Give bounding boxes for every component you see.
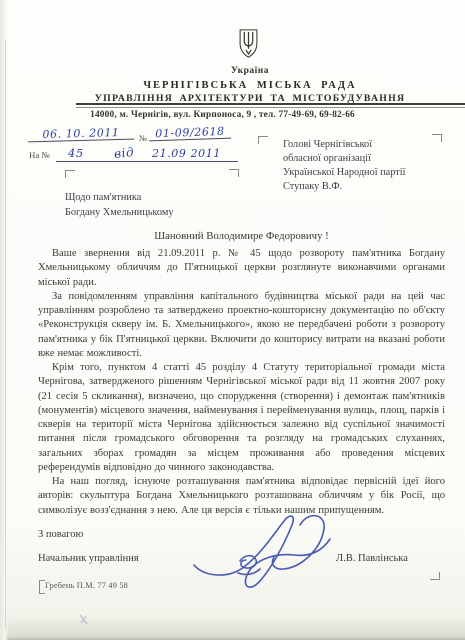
letterhead-address: 14000, м. Чернігів, вул. Кирпоноса, 9 , … bbox=[0, 110, 445, 120]
corner-mark bbox=[258, 136, 268, 144]
reply-to-label: На № bbox=[29, 150, 50, 160]
signer-position: Начальник управління bbox=[38, 553, 139, 564]
closing-regards: З повагою bbox=[38, 529, 83, 540]
corner-mark bbox=[430, 572, 440, 580]
corner-mark bbox=[229, 169, 239, 177]
reply-from-word-handwritten: від bbox=[113, 145, 135, 161]
subject-line: Щодо пам'ятника bbox=[65, 191, 174, 206]
recipient-line: обласної організації bbox=[283, 152, 405, 166]
outgoing-number-handwritten: 01-09/2618 bbox=[149, 125, 231, 142]
scanned-letter-page: Україна ЧЕРНІГІВСЬКА МІСЬКА РАДА УПРАВЛІ… bbox=[0, 0, 465, 640]
subject-block: Щодо пам'ятника Богдану Хмельницькому bbox=[65, 191, 174, 220]
reply-date-handwritten: 21.09 2011 bbox=[152, 147, 221, 160]
pen-mark bbox=[79, 614, 88, 625]
outgoing-date-handwritten: 06. 10. 2011 bbox=[28, 126, 134, 143]
letterhead-organization: ЧЕРНІГІВСЬКА МІСЬКА РАДА bbox=[35, 80, 465, 91]
ukraine-trident-emblem bbox=[238, 27, 259, 60]
recipient-block: Голові Чернігівської обласної організаці… bbox=[283, 138, 405, 194]
reply-reference-field: 45 від 21.09 2011 bbox=[56, 144, 238, 162]
recipient-line: Української Народної партії bbox=[283, 166, 405, 180]
corner-mark bbox=[65, 170, 75, 178]
reply-number-handwritten: 45 bbox=[68, 146, 84, 160]
letterhead-country: Україна bbox=[35, 66, 465, 76]
body-paragraph: Крім того, пунктом 4 статті 45 розділу 4… bbox=[38, 361, 445, 475]
corner-mark bbox=[432, 134, 442, 142]
letterhead-rule bbox=[76, 103, 465, 108]
handwritten-signature bbox=[190, 509, 342, 601]
body-paragraph: Ваше звернення від 21.09.2011 р. № 45 що… bbox=[38, 247, 445, 290]
letter-body: Ваше звернення від 21.09.2011 р. № 45 що… bbox=[38, 247, 445, 518]
body-paragraph: За повідомленням управління капітального… bbox=[38, 290, 445, 361]
salutation: Шановний Володимире Федоровичу ! bbox=[38, 230, 445, 242]
number-label: № bbox=[139, 133, 147, 143]
signer-name: Л.В. Павлінська bbox=[336, 553, 408, 564]
subject-line: Богдану Хмельницькому bbox=[65, 206, 174, 221]
recipient-line: Ступаку В.Ф. bbox=[283, 180, 405, 194]
recipient-line: Голові Чернігівської bbox=[283, 138, 405, 152]
executor-note: Гребень П.М. 77 49 58 bbox=[45, 581, 128, 590]
scan-edge-line bbox=[5, 40, 6, 630]
